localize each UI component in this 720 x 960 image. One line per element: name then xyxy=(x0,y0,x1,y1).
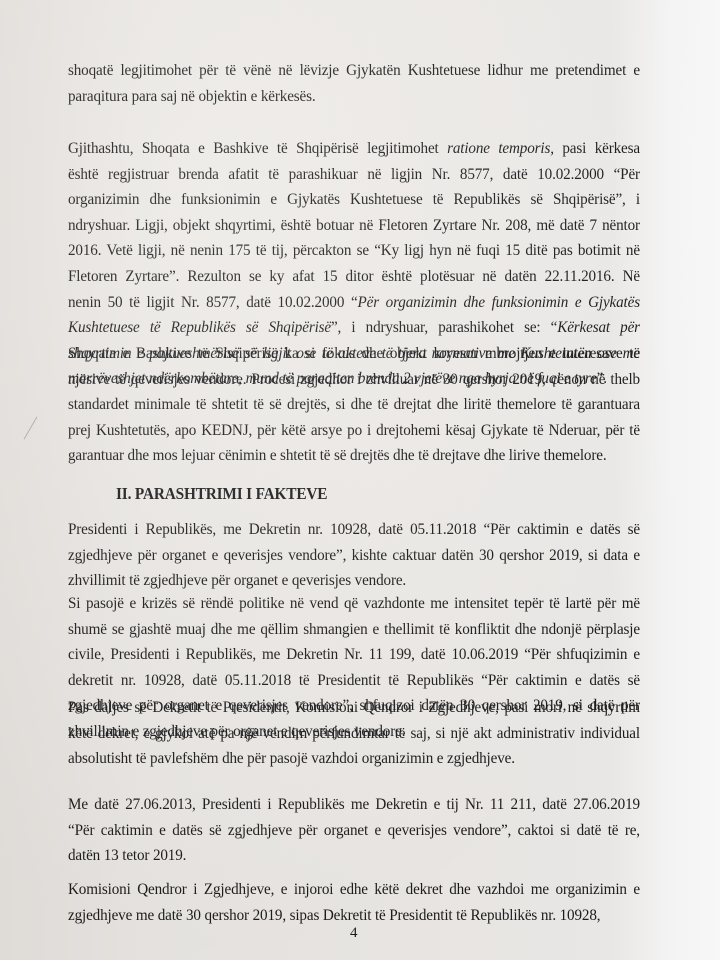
text-line: Pas daljes së Dekretit të Presidentit, K… xyxy=(68,694,640,720)
text-line: Me datë 27.06.2013, Presidenti i Republi… xyxy=(68,791,640,817)
text-line: zgjedhjeve për organet e qeverisjes vend… xyxy=(68,542,640,568)
text-line: Komisioni Qendror i Zgjedhjeve, e injoro… xyxy=(68,876,640,902)
text-line: njësive të qeverisjes vendore. Procesi z… xyxy=(68,366,640,392)
paragraph: shoqatë legjitimohet për të vënë në lëvi… xyxy=(68,57,640,108)
text-line: është regjistruar brenda afatit të paras… xyxy=(68,161,640,187)
text-line: zgjedhjeve me datë 30 qershor 2019, sipa… xyxy=(68,902,640,928)
text-line: prej Kushtetutës, apo KEDNJ, për këtë ar… xyxy=(68,417,640,443)
pen-mark xyxy=(24,416,38,439)
text-line: zhvillimit të zgjedhjeve për organet e q… xyxy=(68,567,640,593)
text-line: shumë se gjashtë muaj dhe me qëllim shma… xyxy=(68,616,640,642)
paragraph: Shoqata e Bashkive të Shqipërisë ka si f… xyxy=(68,340,640,468)
paragraph: Presidenti i Republikës, me Dekretin nr.… xyxy=(68,516,640,593)
paragraph: Komisioni Qendror i Zgjedhjeve, e injoro… xyxy=(68,876,640,927)
text-line: standardet minimale të shtetit të së dre… xyxy=(68,391,640,417)
text-line: Kushtetuese të Republikës së Shqipërisë”… xyxy=(68,314,640,340)
text-line: Presidenti i Republikës, me Dekretin nr.… xyxy=(68,516,640,542)
text-line: Shoqata e Bashkive të Shqipërisë ka si f… xyxy=(68,340,640,366)
text-line: paraqitura para saj në objektin e kërkes… xyxy=(68,83,640,109)
text-line: ndryshuar. Ligji, objekt shqyrtimi, ësht… xyxy=(68,212,640,238)
text-line: këtë dekret, e gjykoi atë pa një vendim … xyxy=(68,720,640,746)
paragraph: Me datë 27.06.2013, Presidenti i Republi… xyxy=(68,791,640,868)
text-line: 2016. Vetë ligji, në nenin 175 të tij, p… xyxy=(68,237,640,263)
text-line: Gjithashtu, Shoqata e Bashkive të Shqipë… xyxy=(68,135,640,161)
page-number: 4 xyxy=(350,925,358,942)
text-line: “Për caktimin e datës së zgjedhjeve për … xyxy=(68,817,640,843)
text-line: dekretit nr. 10928, datë 05.11.2018 të P… xyxy=(68,667,640,693)
document-page: shoqatë legjitimohet për të vënë në lëvi… xyxy=(0,0,720,960)
text-line: datën 13 tetor 2019. xyxy=(68,842,640,868)
text-line: civile, Presidenti i Republikës, me Dekr… xyxy=(68,641,640,667)
text-line: absolutisht të pavlefshëm dhe për pasojë… xyxy=(68,745,640,771)
text-line: Fletoren Zyrtare”. Rezulton se ky afat 1… xyxy=(68,263,640,289)
text-line: garantuar dhe mos lejuar cënimin e shtet… xyxy=(68,442,640,468)
text-line: organizimin dhe funksionimin e Gjykatës … xyxy=(68,186,640,212)
section-heading: II. PARASHTRIMI I FAKTEVE xyxy=(116,484,327,504)
text-line: shoqatë legjitimohet për të vënë në lëvi… xyxy=(68,57,640,83)
text-line: Si pasojë e krizës së rëndë politike në … xyxy=(68,590,640,616)
paragraph: Pas daljes së Dekretit të Presidentit, K… xyxy=(68,694,640,771)
text-line: nenin 50 të ligjit Nr. 8577, datë 10.02.… xyxy=(68,289,640,315)
